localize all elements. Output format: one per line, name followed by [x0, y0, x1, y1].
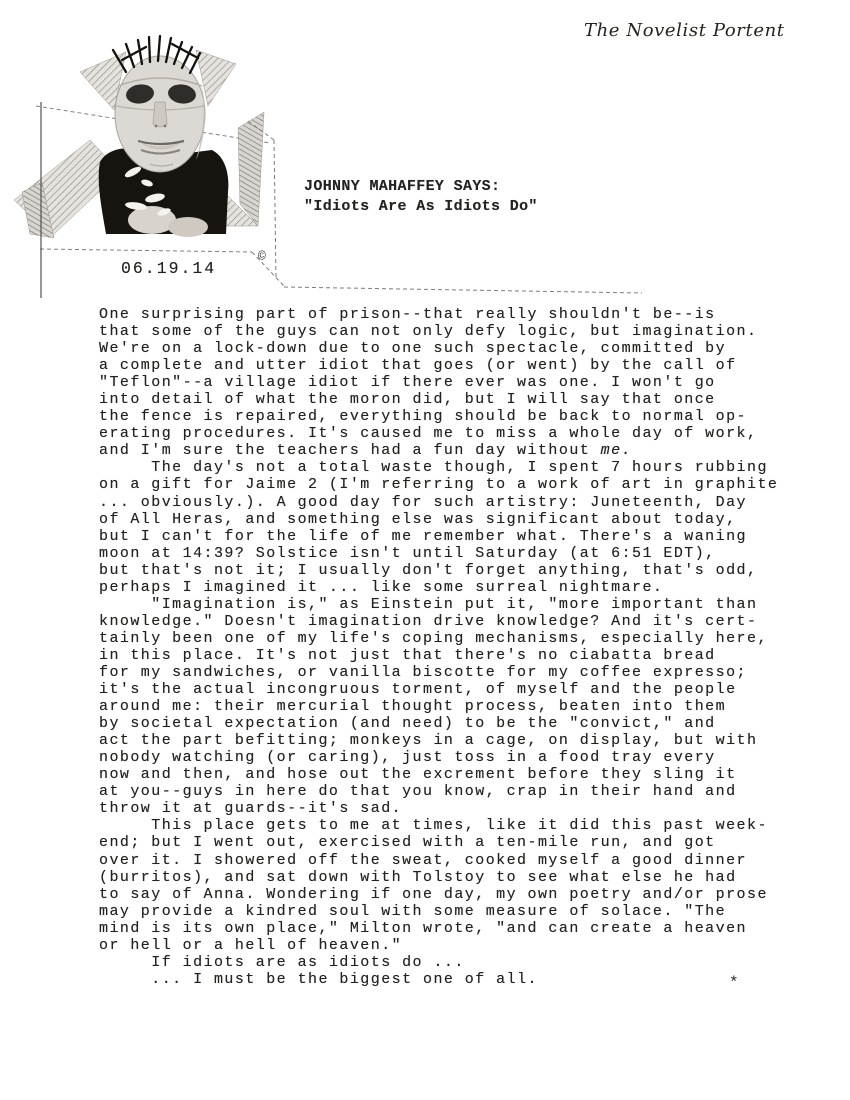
- masked-figure-collage-illustration: ©: [0, 0, 660, 300]
- paragraph: "Imagination is," as Einstein put it, "m…: [99, 596, 805, 818]
- article-body: One surprising part of prison--that real…: [99, 306, 805, 988]
- emphasized-word: me.: [601, 442, 632, 459]
- paragraph: This place gets to me at times, like it …: [99, 817, 805, 953]
- paragraph-text: This place gets to me at times, like it …: [99, 817, 768, 953]
- copyright-mark: ©: [258, 249, 266, 264]
- paragraph-text: If idiots are as idiots do ... ... I mus…: [99, 954, 538, 988]
- byline-heading: JOHNNY MAHAFFEY SAYS: "Idiots Are As Idi…: [304, 177, 538, 216]
- mask-face: [115, 56, 205, 172]
- byline-line-1: JOHNNY MAHAFFEY SAYS:: [304, 177, 538, 197]
- date-stamp: 06.19.14: [121, 259, 216, 278]
- paragraph: One surprising part of prison--that real…: [99, 306, 805, 459]
- paragraph: The day's not a total waste though, I sp…: [99, 459, 805, 595]
- paragraph: If idiots are as idiots do ... ... I mus…: [99, 954, 805, 988]
- paragraph-text: "Imagination is," as Einstein put it, "m…: [99, 596, 768, 818]
- footnote-asterisk: *: [729, 974, 739, 992]
- scanned-letter-page: The Novelist Portent: [0, 0, 850, 1100]
- paragraph-text: The day's not a total waste though, I sp…: [99, 459, 778, 595]
- paragraph-text: One surprising part of prison--that real…: [99, 306, 757, 459]
- byline-line-2: "Idiots Are As Idiots Do": [304, 197, 538, 217]
